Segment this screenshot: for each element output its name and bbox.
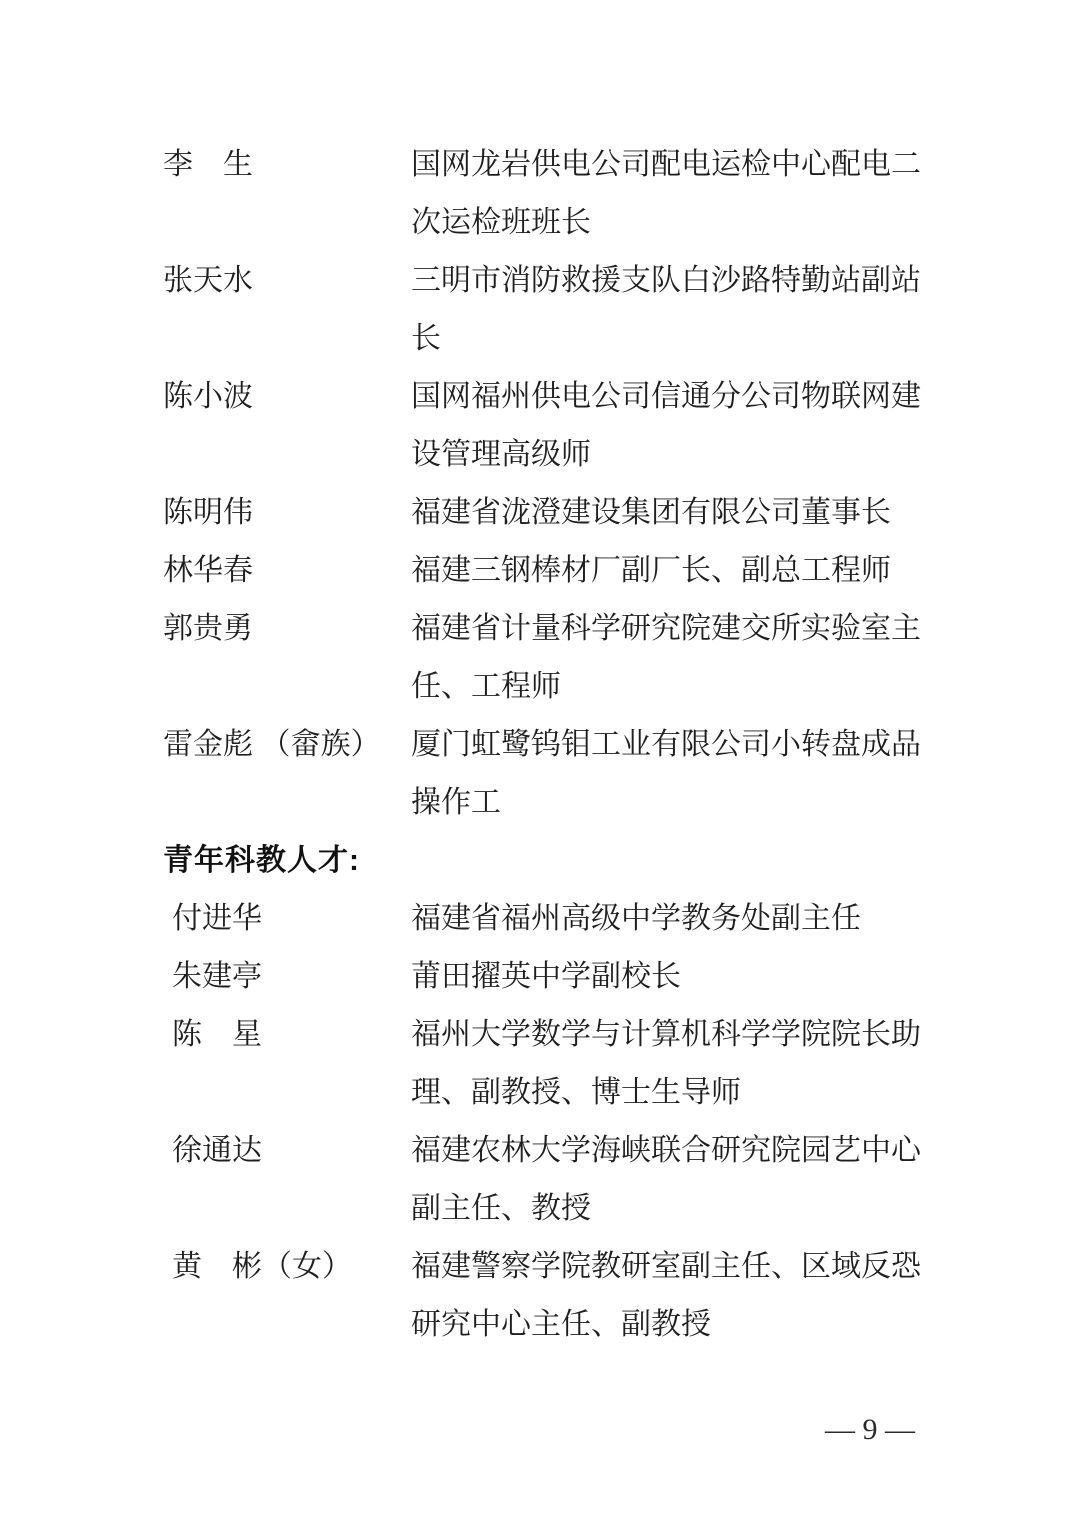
entry-description: 厦门虹鹭钨钼工业有限公司小转盘成品 操作工 (411, 716, 951, 832)
entry-row: 李 生 国网龙岩供电公司配电运检中心配电二 次运检班班长 (163, 136, 953, 252)
entry-description: 三明市消防救援支队白沙路特勤站副站 长 (411, 252, 951, 368)
entry-row: 朱建亭 莆田擢英中学副校长 (163, 948, 953, 1006)
entry-name: 郭贵勇 (163, 600, 411, 658)
entry-description: 福建农林大学海峡联合研究院园艺中心 副主任、教授 (411, 1122, 951, 1238)
document-content: 李 生 国网龙岩供电公司配电运检中心配电二 次运检班班长 张天水 三明市消防救援… (163, 136, 953, 1354)
entry-description: 国网龙岩供电公司配电运检中心配电二 次运检班班长 (411, 136, 951, 252)
entry-name: 陈小波 (163, 368, 411, 426)
entry-row: 黄 彬（女） 福建警察学院教研室副主任、区域反恐 研究中心主任、副教授 (163, 1238, 953, 1354)
entry-description: 福建省福州高级中学教务处副主任 (411, 890, 951, 948)
entry-description: 福州大学数学与计算机科学学院院长助 理、副教授、博士生导师 (411, 1006, 951, 1122)
entry-description: 莆田擢英中学副校长 (411, 948, 951, 1006)
entries-section-2: 付进华 福建省福州高级中学教务处副主任 朱建亭 莆田擢英中学副校长 陈 星 福州… (163, 890, 953, 1354)
entry-row: 付进华 福建省福州高级中学教务处副主任 (163, 890, 953, 948)
entry-name: 付进华 (163, 890, 411, 948)
entry-name: 徐通达 (163, 1122, 411, 1180)
document-page: 李 生 国网龙岩供电公司配电运检中心配电二 次运检班班长 张天水 三明市消防救援… (0, 0, 1080, 1527)
entry-row: 陈小波 国网福州供电公司信通分公司物联网建 设管理高级师 (163, 368, 953, 484)
entry-name: 陈 星 (163, 1006, 411, 1064)
section-header-youth-sci-edu: 青年科教人才: (163, 832, 953, 890)
entry-name: 雷金彪 （畲族） (163, 716, 411, 774)
entry-name: 李 生 (163, 136, 411, 194)
entry-row: 陈 星 福州大学数学与计算机科学学院院长助 理、副教授、博士生导师 (163, 1006, 953, 1122)
entry-row: 徐通达 福建农林大学海峡联合研究院园艺中心 副主任、教授 (163, 1122, 953, 1238)
entry-description: 福建省泷澄建设集团有限公司董事长 (411, 484, 951, 542)
entry-row: 林华春 福建三钢棒材厂副厂长、副总工程师 (163, 542, 953, 600)
entry-name: 张天水 (163, 252, 411, 310)
page-number: — 9 — (825, 1408, 915, 1452)
entry-description: 福建三钢棒材厂副厂长、副总工程师 (411, 542, 951, 600)
entry-row: 雷金彪 （畲族） 厦门虹鹭钨钼工业有限公司小转盘成品 操作工 (163, 716, 953, 832)
entry-row: 张天水 三明市消防救援支队白沙路特勤站副站 长 (163, 252, 953, 368)
entry-name: 黄 彬（女） (163, 1238, 411, 1296)
entries-section-1: 李 生 国网龙岩供电公司配电运检中心配电二 次运检班班长 张天水 三明市消防救援… (163, 136, 953, 832)
entry-row: 陈明伟 福建省泷澄建设集团有限公司董事长 (163, 484, 953, 542)
entry-name: 朱建亭 (163, 948, 411, 1006)
entry-description: 国网福州供电公司信通分公司物联网建 设管理高级师 (411, 368, 951, 484)
entry-description: 福建省计量科学研究院建交所实验室主 任、工程师 (411, 600, 951, 716)
entry-row: 郭贵勇 福建省计量科学研究院建交所实验室主 任、工程师 (163, 600, 953, 716)
entry-name: 林华春 (163, 542, 411, 600)
entry-description: 福建警察学院教研室副主任、区域反恐 研究中心主任、副教授 (411, 1238, 951, 1354)
entry-name: 陈明伟 (163, 484, 411, 542)
